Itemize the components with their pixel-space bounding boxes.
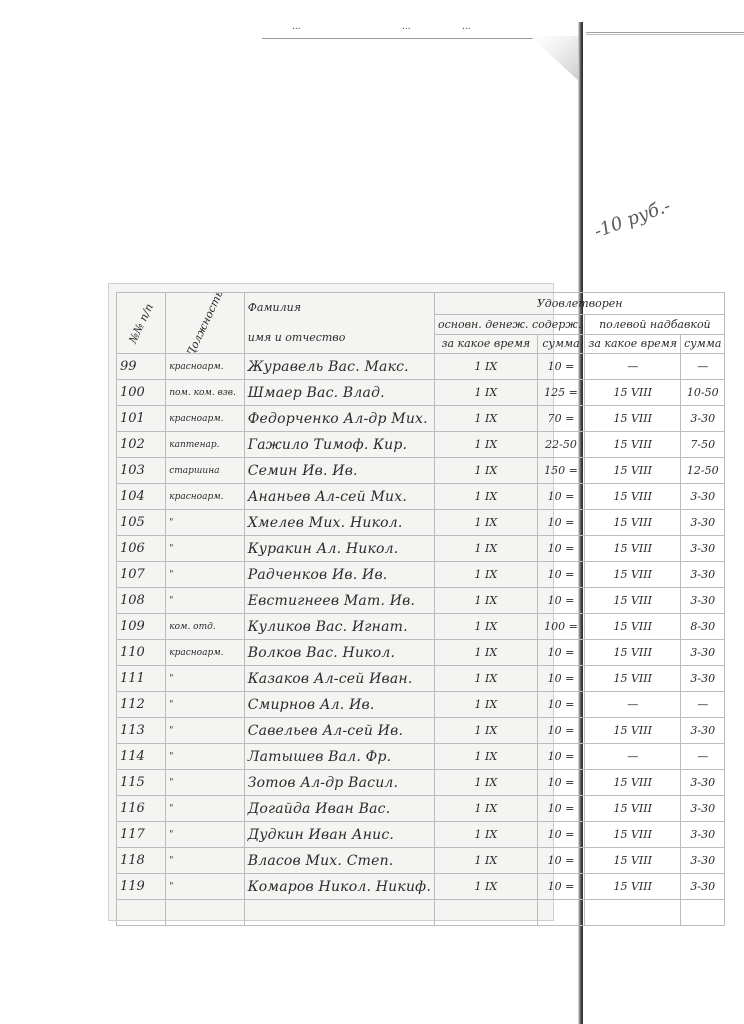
header-field-sum: сумма xyxy=(681,334,725,353)
cell-field-sum: 3-30 xyxy=(681,770,725,796)
cell-name: Журавель Вас. Макс. xyxy=(244,354,434,380)
cell-no: 105 xyxy=(117,510,166,536)
cell-position: " xyxy=(166,666,245,692)
cell-no: 115 xyxy=(117,770,166,796)
cell-field-period: — xyxy=(585,744,681,770)
cell-no: 102 xyxy=(117,432,166,458)
cell-position: " xyxy=(166,796,245,822)
cell-base-sum: 70 = xyxy=(537,406,585,432)
cell-base-sum: 10 = xyxy=(537,744,585,770)
cell-field-sum: 3-30 xyxy=(681,536,725,562)
cell-base-sum: 10 = xyxy=(537,822,585,848)
cell-position: " xyxy=(166,770,245,796)
cell-base-sum: 22-50 xyxy=(537,432,585,458)
cell-base-period: 1 IX xyxy=(434,640,537,666)
cell-name: Гажило Тимоф. Кир. xyxy=(244,432,434,458)
table-row: 110красноарм.Волков Вас. Никол.1 IX10 =1… xyxy=(117,640,725,666)
cell-name: Казаков Ал-сей Иван. xyxy=(244,666,434,692)
cell-field-sum: 7-50 xyxy=(681,432,725,458)
table-row: 99красноарм.Журавель Вас. Макс.1 IX10 =—… xyxy=(117,354,725,380)
cell-field-period: 15 VIII xyxy=(585,614,681,640)
table-row: 119"Комаров Никол. Никиф.1 IX10 =15 VIII… xyxy=(117,874,725,900)
cell-field-period: 15 VIII xyxy=(585,822,681,848)
cell-field-period: 15 VIII xyxy=(585,380,681,406)
cell-no: 100 xyxy=(117,380,166,406)
header-satisfied: Удовлетворен xyxy=(434,293,724,315)
cell-base-period: 1 IX xyxy=(434,614,537,640)
cell-base-period: 1 IX xyxy=(434,432,537,458)
header-base-allowance: основн. денеж. содерж. xyxy=(434,315,584,334)
cell-field-period: 15 VIII xyxy=(585,406,681,432)
header-field-period: за какое время xyxy=(585,334,681,353)
cell-base-sum: 10 = xyxy=(537,718,585,744)
cell-no: 99 xyxy=(117,354,166,380)
cell-name: Федорченко Ал-др Мих. xyxy=(244,406,434,432)
table-row: 107"Радченков Ив. Ив.1 IX10 =15 VIII3-30 xyxy=(117,562,725,588)
empty-cell xyxy=(166,900,245,926)
cell-no: 103 xyxy=(117,458,166,484)
cell-base-sum: 10 = xyxy=(537,874,585,900)
cell-no: 106 xyxy=(117,536,166,562)
cell-base-sum: 125 = xyxy=(537,380,585,406)
cell-field-sum: — xyxy=(681,692,725,718)
cell-base-sum: 10 = xyxy=(537,562,585,588)
table-row: 115"Зотов Ал-др Васил.1 IX10 =15 VIII3-3… xyxy=(117,770,725,796)
cell-base-sum: 10 = xyxy=(537,796,585,822)
cell-position: " xyxy=(166,718,245,744)
cell-name: Латышев Вал. Фр. xyxy=(244,744,434,770)
cell-base-period: 1 IX xyxy=(434,510,537,536)
cell-field-sum: 3-30 xyxy=(681,484,725,510)
table-row: 104красноарм.Ананьев Ал-сей Мих.1 IX10 =… xyxy=(117,484,725,510)
header-base-period: за какое время xyxy=(434,334,537,353)
table-row: 114"Латышев Вал. Фр.1 IX10 =—— xyxy=(117,744,725,770)
cell-no: 110 xyxy=(117,640,166,666)
cell-position: ком. отд. xyxy=(166,614,245,640)
cell-name: Савельев Ал-сей Ив. xyxy=(244,718,434,744)
cell-position: красноарм. xyxy=(166,354,245,380)
table-row: 108"Евстигнеев Мат. Ив.1 IX10 =15 VIII3-… xyxy=(117,588,725,614)
cell-name: Зотов Ал-др Васил. xyxy=(244,770,434,796)
cell-no: 101 xyxy=(117,406,166,432)
cell-field-period: 15 VIII xyxy=(585,484,681,510)
strip-fragment: ... xyxy=(462,22,471,32)
cell-no: 113 xyxy=(117,718,166,744)
previous-page-strip: ... ... ... xyxy=(262,18,580,39)
cell-field-period: 15 VIII xyxy=(585,536,681,562)
cell-field-sum: 3-30 xyxy=(681,874,725,900)
cell-field-period: 15 VIII xyxy=(585,588,681,614)
cell-base-sum: 10 = xyxy=(537,354,585,380)
cell-field-sum: 3-30 xyxy=(681,848,725,874)
cell-name: Шмаер Вас. Влад. xyxy=(244,380,434,406)
cell-no: 112 xyxy=(117,692,166,718)
cell-base-period: 1 IX xyxy=(434,380,537,406)
cell-no: 114 xyxy=(117,744,166,770)
cell-base-period: 1 IX xyxy=(434,666,537,692)
cell-no: 119 xyxy=(117,874,166,900)
cell-position: каптенар. xyxy=(166,432,245,458)
cell-field-sum: 10-50 xyxy=(681,380,725,406)
cell-position: " xyxy=(166,744,245,770)
cell-field-sum: 3-30 xyxy=(681,406,725,432)
cell-field-sum: 3-30 xyxy=(681,796,725,822)
cell-field-period: 15 VIII xyxy=(585,770,681,796)
cell-base-sum: 150 = xyxy=(537,458,585,484)
cell-field-sum: 3-30 xyxy=(681,510,725,536)
cell-position: " xyxy=(166,510,245,536)
cell-base-period: 1 IX xyxy=(434,484,537,510)
cell-name: Куликов Вас. Игнат. xyxy=(244,614,434,640)
table-row: 117"Дудкин Иван Анис.1 IX10 =15 VIII3-30 xyxy=(117,822,725,848)
cell-no: 111 xyxy=(117,666,166,692)
cell-position: " xyxy=(166,822,245,848)
table-row: 112"Смирнов Ал. Ив.1 IX10 =—— xyxy=(117,692,725,718)
cell-name: Евстигнеев Мат. Ив. xyxy=(244,588,434,614)
cell-base-sum: 10 = xyxy=(537,510,585,536)
cell-name: Волков Вас. Никол. xyxy=(244,640,434,666)
cell-position: " xyxy=(166,588,245,614)
cell-field-period: — xyxy=(585,354,681,380)
table-row: 109ком. отд.Куликов Вас. Игнат.1 IX100 =… xyxy=(117,614,725,640)
cell-base-period: 1 IX xyxy=(434,744,537,770)
cell-position: " xyxy=(166,536,245,562)
cell-base-sum: 10 = xyxy=(537,588,585,614)
cell-field-sum: 3-30 xyxy=(681,588,725,614)
empty-cell xyxy=(244,900,434,926)
cell-position: красноарм. xyxy=(166,640,245,666)
cell-base-period: 1 IX xyxy=(434,718,537,744)
cell-field-sum: — xyxy=(681,354,725,380)
cell-base-sum: 10 = xyxy=(537,536,585,562)
table-row: 100пом. ком. взв.Шмаер Вас. Влад.1 IX125… xyxy=(117,380,725,406)
cell-position: " xyxy=(166,848,245,874)
cell-base-sum: 10 = xyxy=(537,770,585,796)
cell-field-period: 15 VIII xyxy=(585,562,681,588)
cell-name: Ананьев Ал-сей Мих. xyxy=(244,484,434,510)
table-row: 101красноарм.Федорченко Ал-др Мих.1 IX70… xyxy=(117,406,725,432)
strip-fragment: ... xyxy=(292,22,301,32)
cell-base-period: 1 IX xyxy=(434,562,537,588)
table-row: 103старшинаСемин Ив. Ив.1 IX150 =15 VIII… xyxy=(117,458,725,484)
cell-field-period: 15 VIII xyxy=(585,874,681,900)
empty-cell xyxy=(537,900,585,926)
payment-roster-table: №№ п/п Должность Фамилия имя и отчество … xyxy=(116,292,725,926)
cell-field-period: 15 VIII xyxy=(585,640,681,666)
roster-body: 99красноарм.Журавель Вас. Макс.1 IX10 =—… xyxy=(117,354,725,926)
cell-position: " xyxy=(166,874,245,900)
cell-base-period: 1 IX xyxy=(434,406,537,432)
empty-cell xyxy=(585,900,681,926)
cell-position: " xyxy=(166,692,245,718)
table-row: 113"Савельев Ал-сей Ив.1 IX10 =15 VIII3-… xyxy=(117,718,725,744)
cell-no: 108 xyxy=(117,588,166,614)
folded-corner xyxy=(530,36,582,84)
cell-base-period: 1 IX xyxy=(434,458,537,484)
cell-position: старшина xyxy=(166,458,245,484)
cell-name: Смирнов Ал. Ив. xyxy=(244,692,434,718)
cell-position: красноарм. xyxy=(166,406,245,432)
cell-field-sum: — xyxy=(681,744,725,770)
cell-field-period: 15 VIII xyxy=(585,432,681,458)
header-name: Фамилия имя и отчество xyxy=(244,293,434,354)
right-page-top-strip xyxy=(586,18,744,33)
cell-name: Власов Мих. Степ. xyxy=(244,848,434,874)
cell-no: 109 xyxy=(117,614,166,640)
cell-position: красноарм. xyxy=(166,484,245,510)
cell-field-sum: 3-30 xyxy=(681,666,725,692)
header-field-allowance: полевой надбавкой xyxy=(585,315,725,334)
cell-field-sum: 8-30 xyxy=(681,614,725,640)
cell-field-sum: 3-30 xyxy=(681,562,725,588)
cell-no: 116 xyxy=(117,796,166,822)
cell-name: Хмелев Мих. Никол. xyxy=(244,510,434,536)
cell-field-period: 15 VIII xyxy=(585,796,681,822)
cell-field-period: 15 VIII xyxy=(585,718,681,744)
cell-name: Догайда Иван Вас. xyxy=(244,796,434,822)
cell-base-period: 1 IX xyxy=(434,354,537,380)
cell-position: " xyxy=(166,562,245,588)
cell-field-sum: 12-50 xyxy=(681,458,725,484)
empty-row xyxy=(117,900,725,926)
table-row: 102каптенар.Гажило Тимоф. Кир.1 IX22-501… xyxy=(117,432,725,458)
header-number: №№ п/п xyxy=(117,293,166,354)
cell-no: 118 xyxy=(117,848,166,874)
cell-field-period: — xyxy=(585,692,681,718)
cell-field-sum: 3-30 xyxy=(681,822,725,848)
cell-field-period: 15 VIII xyxy=(585,458,681,484)
empty-cell xyxy=(434,900,537,926)
cell-field-sum: 3-30 xyxy=(681,640,725,666)
cell-name: Радченков Ив. Ив. xyxy=(244,562,434,588)
cell-base-period: 1 IX xyxy=(434,770,537,796)
cell-base-sum: 10 = xyxy=(537,640,585,666)
table-row: 111"Казаков Ал-сей Иван.1 IX10 =15 VIII3… xyxy=(117,666,725,692)
cell-base-period: 1 IX xyxy=(434,692,537,718)
table-row: 105"Хмелев Мих. Никол.1 IX10 =15 VIII3-3… xyxy=(117,510,725,536)
empty-cell xyxy=(681,900,725,926)
header-base-sum: сумма xyxy=(537,334,585,353)
cell-name: Дудкин Иван Анис. xyxy=(244,822,434,848)
cell-field-period: 15 VIII xyxy=(585,510,681,536)
cell-base-sum: 10 = xyxy=(537,484,585,510)
cell-base-sum: 10 = xyxy=(537,666,585,692)
cell-name: Куракин Ал. Никол. xyxy=(244,536,434,562)
cell-base-period: 1 IX xyxy=(434,874,537,900)
cell-base-sum: 100 = xyxy=(537,614,585,640)
empty-cell xyxy=(117,900,166,926)
cell-no: 104 xyxy=(117,484,166,510)
cell-name: Семин Ив. Ив. xyxy=(244,458,434,484)
cell-field-period: 15 VIII xyxy=(585,666,681,692)
cell-no: 117 xyxy=(117,822,166,848)
cell-base-period: 1 IX xyxy=(434,848,537,874)
cell-name: Комаров Никол. Никиф. xyxy=(244,874,434,900)
cell-base-period: 1 IX xyxy=(434,536,537,562)
table-row: 106"Куракин Ал. Никол.1 IX10 =15 VIII3-3… xyxy=(117,536,725,562)
cell-field-sum: 3-30 xyxy=(681,718,725,744)
cell-base-period: 1 IX xyxy=(434,822,537,848)
cell-base-period: 1 IX xyxy=(434,796,537,822)
table-row: 118"Власов Мих. Степ.1 IX10 =15 VIII3-30 xyxy=(117,848,725,874)
strip-fragment: ... xyxy=(402,22,411,32)
header-position: Должность xyxy=(166,293,245,354)
cell-field-period: 15 VIII xyxy=(585,848,681,874)
cell-base-sum: 10 = xyxy=(537,692,585,718)
cell-base-sum: 10 = xyxy=(537,848,585,874)
cell-position: пом. ком. взв. xyxy=(166,380,245,406)
cell-no: 107 xyxy=(117,562,166,588)
cell-base-period: 1 IX xyxy=(434,588,537,614)
table-row: 116"Догайда Иван Вас.1 IX10 =15 VIII3-30 xyxy=(117,796,725,822)
